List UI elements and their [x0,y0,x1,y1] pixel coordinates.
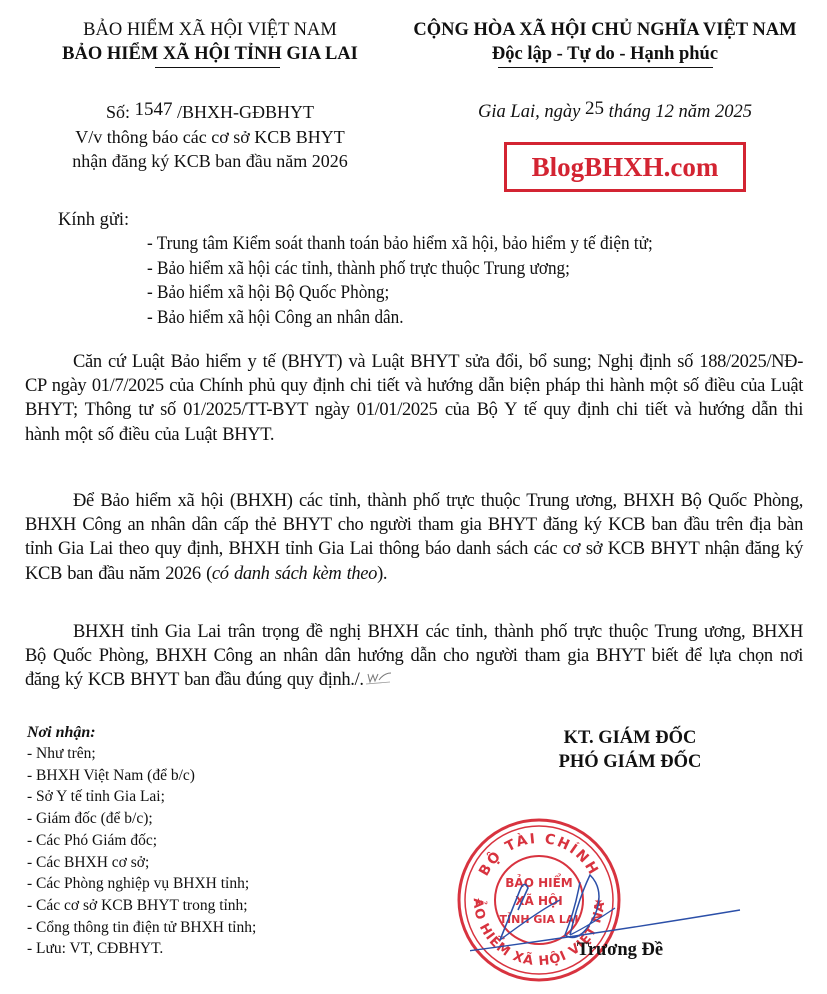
signer-name: Trương Đề [520,938,720,962]
national-header: CỘNG HÒA XÃ HỘI CHỦ NGHĨA VIỆT NAM Độc l… [400,18,810,68]
number-value: 1547 [135,99,173,120]
nation-title: CỘNG HÒA XÃ HỘI CHỦ NGHĨA VIỆT NAM [400,18,810,42]
issuing-agency-header: BẢO HIỂM XÃ HỘI VIỆT NAM BẢO HIỂM XÃ HỘI… [20,18,400,68]
distribution-item: - Các Phó Giám đốc; [27,830,387,852]
addressee-item: - Trung tâm Kiểm soát thanh toán bảo hiể… [147,232,779,257]
initials-mark-icon [364,671,394,685]
subject-line-2: nhận đăng ký KCB ban đầu năm 2026 [40,149,380,173]
date-day: 25 [585,98,604,119]
signature-title-line-2: PHÓ GIÁM ĐỐC [470,750,790,774]
signature-title: KT. GIÁM ĐỐC PHÓ GIÁM ĐỐC [470,726,790,774]
distribution-item: - Cổng thông tin điện tử BHXH tỉnh; [27,917,387,939]
body-paragraph-request: BHXH tỉnh Gia Lai trân trọng đề nghị BHX… [25,620,803,693]
body-paragraph-legal-basis: Căn cứ Luật Bảo hiểm y tế (BHYT) và Luật… [25,350,803,447]
distribution-title: Nơi nhận: [27,722,387,743]
number-suffix: /BHXH-GĐBHYT [177,102,314,122]
document-date: Gia Lai, ngày 25 tháng 12 năm 2025 [400,100,827,124]
distribution-item: - Sở Y tế tỉnh Gia Lai; [27,786,387,808]
number-prefix: Số: [106,102,130,122]
addressees-list: - Trung tâm Kiểm soát thanh toán bảo hiể… [147,232,827,330]
body-paragraph-purpose: Để Bảo hiểm xã hội (BHXH) các tỉnh, thàn… [25,489,803,586]
paragraph2-end: ). [377,564,387,584]
distribution-item: - Các Phòng nghiệp vụ BHXH tỉnh; [27,873,387,895]
addressee-item: - Bảo hiểm xã hội Bộ Quốc Phòng; [147,281,779,306]
date-suffix: tháng 12 năm 2025 [609,102,752,122]
distribution-item: - Lưu: VT, CĐBHYT. [27,938,387,960]
addressee-item: - Bảo hiểm xã hội Công an nhân dân. [147,306,779,331]
distribution-list: Nơi nhận: - Như trên; - BHXH Việt Nam (đ… [27,722,387,960]
distribution-item: - BHXH Việt Nam (để b/c) [27,765,387,787]
addressee-item: - Bảo hiểm xã hội các tỉnh, thành phố tr… [147,257,779,282]
agency-name: BẢO HIỂM XÃ HỘI TỈNH GIA LAI [20,42,400,66]
document-number: Số: 1547 /BHXH-GĐBHYT [40,100,380,125]
watermark-badge: BlogBHXH.com [504,142,746,192]
signature-title-line-1: KT. GIÁM ĐỐC [470,726,790,750]
parent-agency: BẢO HIỂM XÃ HỘI VIỆT NAM [20,18,400,42]
document-meta: Số: 1547 /BHXH-GĐBHYT V/v thông báo các … [40,100,380,173]
distribution-item: - Các BHXH cơ sở; [27,852,387,874]
distribution-item: - Các cơ sở KCB BHYT trong tỉnh; [27,895,387,917]
paragraph2-text: Để Bảo hiểm xã hội (BHXH) các tỉnh, thàn… [25,491,803,584]
motto: Độc lập - Tự do - Hạnh phúc [400,42,810,66]
paragraph3-text: BHXH tỉnh Gia Lai trân trọng đề nghị BHX… [25,622,803,690]
paragraph2-italic-note: có danh sách kèm theo [212,564,377,584]
subject-line-1: V/v thông báo các cơ sở KCB BHYT [40,125,380,149]
distribution-item: - Như trên; [27,743,387,765]
motto-underline [498,67,713,68]
addressees-label: Kính gửi: [58,208,129,232]
distribution-item: - Giám đốc (để b/c); [27,808,387,830]
date-prefix: Gia Lai, ngày [478,102,580,122]
agency-underline [155,67,280,68]
